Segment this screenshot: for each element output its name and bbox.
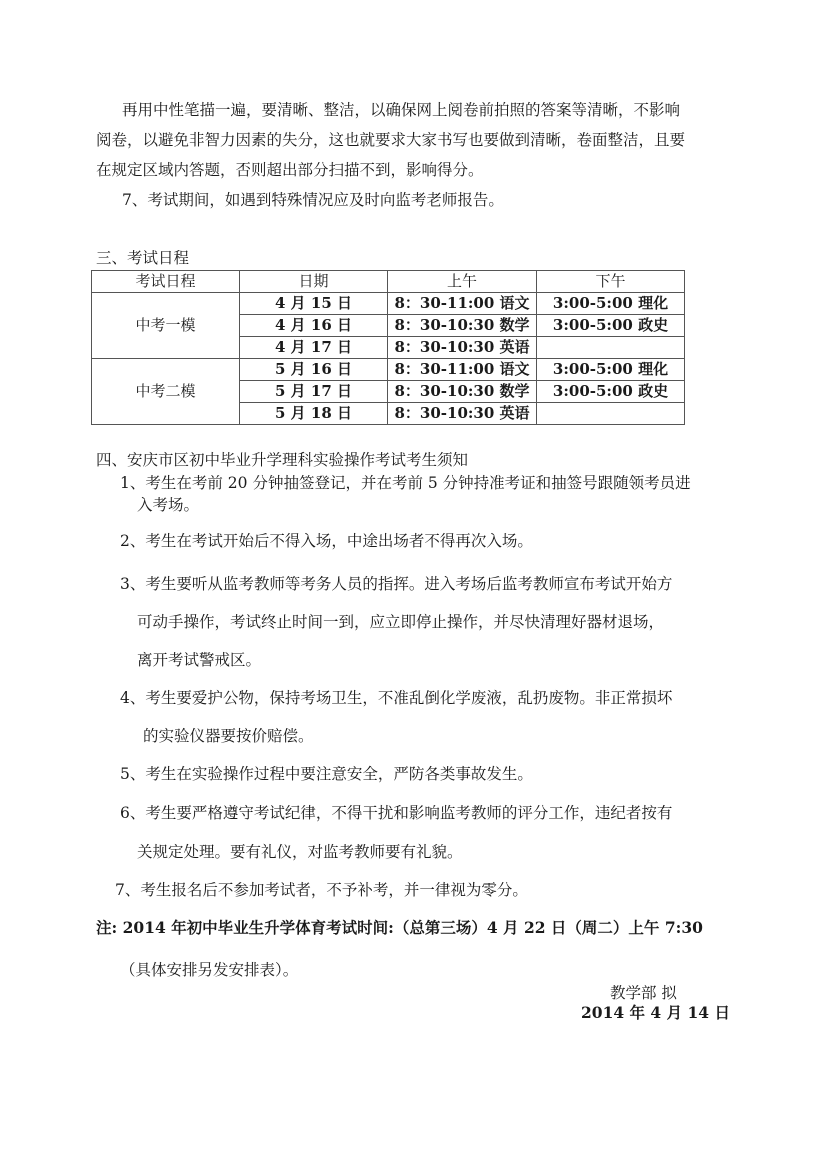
- notice-heading: 四、安庆市区初中毕业升学理科实验操作考试考生须知: [96, 450, 468, 470]
- am-cell: 8：30-10:30 数学: [388, 381, 537, 403]
- intro-item-7: 7、考试期间，如遇到特殊情况应及时向监考老师报告。: [122, 190, 504, 210]
- table-row: 中考二模 5 月 16 日 8：30-11:00 语文 3:00-5:00 理化: [92, 359, 685, 381]
- notice-item-3-line-3: 离开考试警戒区。: [137, 650, 261, 670]
- date-cell: 4 月 15 日: [240, 293, 388, 315]
- am-cell: 8：30-10:30 英语: [388, 337, 537, 359]
- notice-item-2: 2、考生在考试开始后不得入场，中途出场者不得再次入场。: [120, 531, 533, 551]
- notice-item-3-line-2: 可动手操作，考试终止时间一到，应立即停止操作，并尽快清理好器材退场，: [137, 612, 664, 632]
- notice-item-7: 7、考生报名后不参加考试者，不予补考，并一律视为零分。: [115, 880, 528, 900]
- intro-line-2: 阅卷，以避免非智力因素的失分，这也就要求大家书写也要做到清晰，卷面整洁，且要: [96, 130, 685, 150]
- notice-item-6-line-1: 6、考生要严格遵守考试纪律，不得干扰和影响监考教师的评分工作，违纪者按有: [120, 803, 672, 823]
- header-cell: 日期: [240, 271, 388, 293]
- intro-line-3: 在规定区域内答题，否则超出部分扫描不到，影响得分。: [96, 160, 484, 180]
- notice-item-3-line-1: 3、考生要听从监考教师等考务人员的指挥。进入考场后监考教师宣布考试开始方: [120, 574, 672, 594]
- group-name-cell: 中考一模: [92, 293, 240, 359]
- date-cell: 4 月 16 日: [240, 315, 388, 337]
- date-cell: 4 月 17 日: [240, 337, 388, 359]
- table-header-row: 考试日程 日期 上午 下午: [92, 271, 685, 293]
- am-cell: 8：30-11:00 语文: [388, 359, 537, 381]
- footnote-line-2: （具体安排另发安排表）。: [120, 960, 298, 980]
- pm-cell: [537, 337, 685, 359]
- pm-cell: 3:00-5:00 政史: [537, 381, 685, 403]
- header-cell: 考试日程: [92, 271, 240, 293]
- header-cell: 上午: [388, 271, 537, 293]
- pm-cell: 3:00-5:00 理化: [537, 359, 685, 381]
- am-cell: 8：30-10:30 数学: [388, 315, 537, 337]
- date-cell: 5 月 16 日: [240, 359, 388, 381]
- date-cell: 5 月 17 日: [240, 381, 388, 403]
- pm-cell: 3:00-5:00 政史: [537, 315, 685, 337]
- schedule-table: 考试日程 日期 上午 下午 中考一模 4 月 15 日 8：30-11:00 语…: [91, 270, 685, 425]
- pm-cell: [537, 403, 685, 425]
- notice-item-4-line-2: 的实验仪器要按价赔偿。: [143, 726, 314, 746]
- notice-item-1-line-1: 1、考生在考前 20 分钟抽签登记，并在考前 5 分钟持准考证和抽签号跟随领考员…: [120, 473, 691, 493]
- notice-item-4-line-1: 4、考生要爱护公物，保持考场卫生，不准乱倒化学废液，乱扔废物。非正常损坏: [120, 688, 672, 708]
- date-cell: 5 月 18 日: [240, 403, 388, 425]
- header-cell: 下午: [537, 271, 685, 293]
- intro-line-1: 再用中性笔描一遍，要清晰、整洁，以确保网上阅卷前拍照的答案等清晰，不影响: [122, 100, 680, 120]
- schedule-heading: 三、考试日程: [96, 248, 189, 268]
- table-row: 中考一模 4 月 15 日 8：30-11:00 语文 3:00-5:00 理化: [92, 293, 685, 315]
- signature-date: 2014 年 4 月 14 日: [581, 1003, 730, 1023]
- pm-cell: 3:00-5:00 理化: [537, 293, 685, 315]
- am-cell: 8：30-11:00 语文: [388, 293, 537, 315]
- notice-item-5: 5、考生在实验操作过程中要注意安全，严防各类事故发生。: [120, 764, 533, 784]
- footnote-line-1: 注: 2014 年初中毕业生升学体育考试时间:（总第三场）4 月 22 日（周二…: [96, 918, 703, 938]
- am-cell: 8：30-10:30 英语: [388, 403, 537, 425]
- signature-dept: 教学部 拟: [610, 983, 677, 1003]
- group-name-cell: 中考二模: [92, 359, 240, 425]
- notice-item-1-line-2: 入考场。: [137, 495, 199, 515]
- notice-item-6-line-2: 关规定处理。要有礼仪，对监考教师要有礼貌。: [137, 842, 463, 862]
